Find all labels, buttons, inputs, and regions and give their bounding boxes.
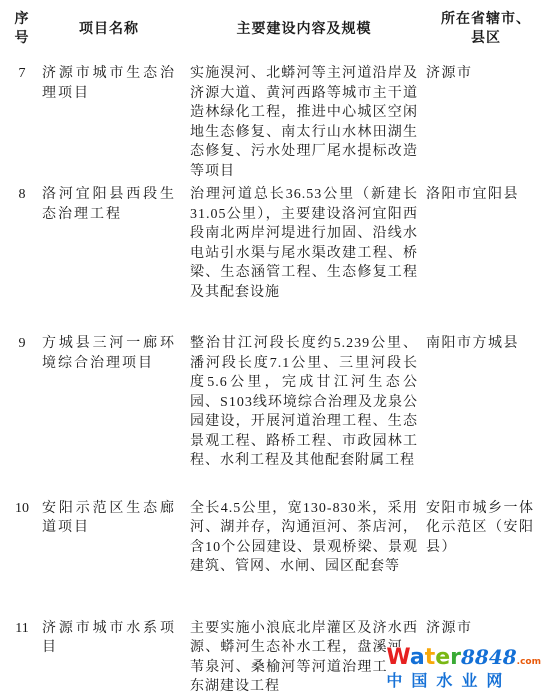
logo-number: 8848 — [461, 645, 517, 669]
row-serial-number: 11 — [8, 619, 36, 639]
table-row: 8 洛河宜阳县西段生态治理工程 治理河道总长36.53公里（新建长31.05公里… — [8, 185, 538, 302]
logo-letter: a — [410, 645, 425, 670]
project-content: 治理河道总长36.53公里（新建长31.05公里），主要建设洛河宜阳西段南北两岸… — [190, 185, 418, 302]
scanned-document-page: { "table": { "headers": { "no": "序号", "n… — [0, 0, 546, 693]
logo-tagline: 中国水业网 — [386, 673, 541, 689]
header-construction-content: 主要建设内容及规模 — [190, 19, 418, 38]
header-serial-number: 序号 — [8, 9, 36, 47]
row-serial-number: 9 — [8, 334, 36, 354]
project-name: 安阳示范区生态廊道项目 — [42, 499, 176, 538]
table-row: 7 济源市城市生态治理项目 实施湨河、北蟒河等主河道沿岸及济源大道、黄河西路等城… — [8, 64, 538, 181]
table-row: 10 安阳示范区生态廊道项目 全长4.5公里，宽130-830米，采用河、湖并存… — [8, 499, 538, 577]
row-serial-number: 10 — [8, 499, 36, 519]
project-location: 济源市 — [426, 64, 546, 84]
logo-letter: e — [435, 645, 450, 670]
table-row: 9 方城县三河一廊环境综合治理项目 整治甘江河段长度约5.239公里、潘河段长度… — [8, 334, 538, 471]
water8848-wordmark: Water8848.com — [386, 647, 541, 669]
project-name: 济源市城市水系项目 — [42, 619, 176, 658]
row-serial-number: 8 — [8, 185, 36, 205]
logo-letter: W — [386, 645, 409, 670]
logo-letter: t — [425, 645, 436, 670]
project-location: 济源市 — [426, 619, 546, 639]
project-location: 南阳市方城县 — [426, 334, 546, 354]
project-location: 安阳市城乡一体化示范区（安阳县） — [426, 499, 546, 558]
project-content: 主要实施小浪底北岸灌区及济水西源、蟒河生态补水工程，盘溪河、苇泉河、桑榆河等河道… — [190, 619, 418, 693]
project-name: 济源市城市生态治理项目 — [42, 64, 176, 103]
project-name: 洛河宜阳县西段生态治理工程 — [42, 185, 176, 224]
project-content: 实施湨河、北蟒河等主河道沿岸及济源大道、黄河西路等城市主干道造林绿化工程，推进中… — [190, 64, 418, 181]
project-name: 方城县三河一廊环境综合治理项目 — [42, 334, 176, 373]
project-content: 整治甘江河段长度约5.239公里、潘河段长度7.1公里、三里河段长度5.6公里，… — [190, 334, 418, 471]
project-location: 洛阳市宜阳县 — [426, 185, 546, 205]
header-location: 所在省辖市、县区 — [426, 9, 546, 47]
water8848-watermark-logo: Water8848.com 中国水业网 — [386, 647, 541, 689]
logo-letter: r — [450, 645, 461, 670]
row-serial-number: 7 — [8, 64, 36, 84]
header-location-text: 所在省辖市、县区 — [434, 9, 538, 47]
logo-domain-suffix: .com — [517, 657, 541, 667]
project-content: 全长4.5公里，宽130-830米，采用河、湖并存，沟通洹河、茶店河，含10个公… — [190, 499, 418, 577]
header-project-name: 项目名称 — [42, 19, 176, 38]
project-table: 序号 项目名称 主要建设内容及规模 所在省辖市、县区 7 济源市城市生态治理项目… — [0, 0, 546, 693]
table-header-row: 序号 项目名称 主要建设内容及规模 所在省辖市、县区 — [8, 8, 538, 48]
